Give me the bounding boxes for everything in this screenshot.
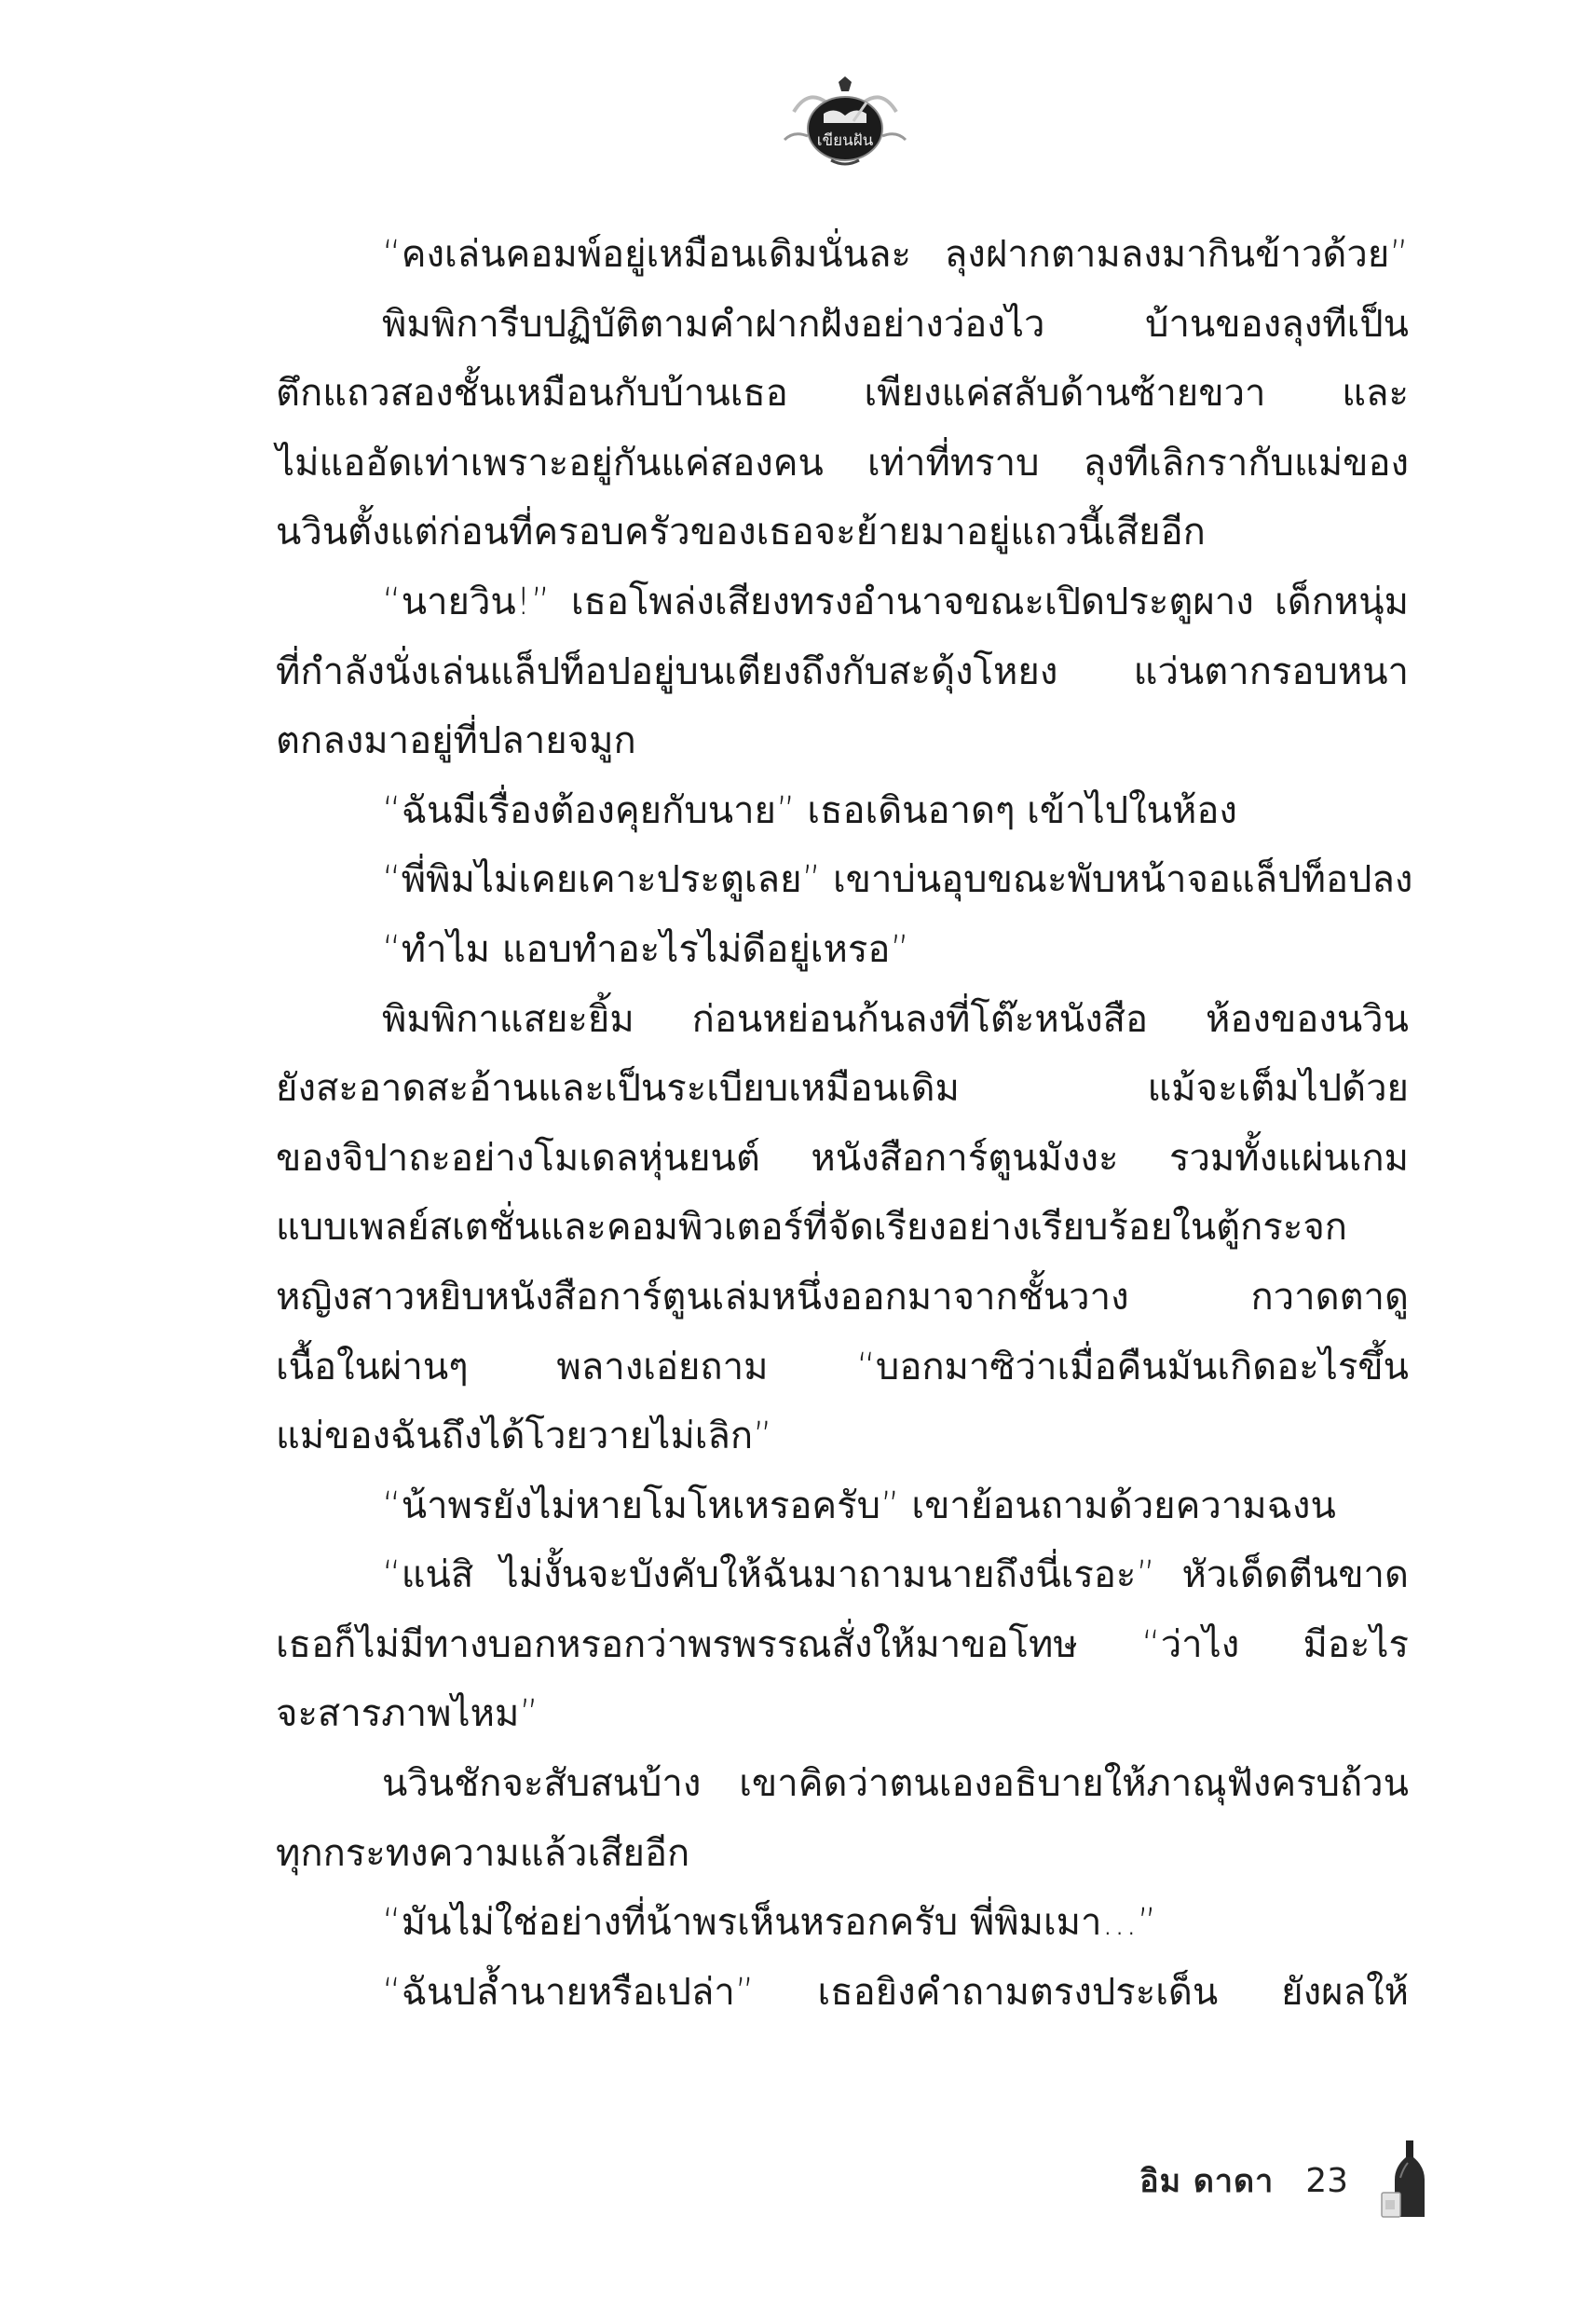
paragraph-line: ที่กำลังนั่งเล่นแล็ปท็อปอยู่บนเตียงถึงกั… bbox=[276, 637, 1409, 707]
page-footer: อิม ดาดา 23 bbox=[1139, 2143, 1428, 2218]
paragraph-first-line: “ฉันมีเรื่องต้องคุยกับนาย” เธอเดินอาดๆ เ… bbox=[276, 776, 1409, 846]
paragraph-first-line: นวินชักจะสับสนบ้าง เขาคิดว่าตนเองอธิบายใ… bbox=[276, 1749, 1409, 1819]
logo-text: เขียนฝัน bbox=[817, 131, 874, 150]
whisky-bottle-and-glass-icon bbox=[1380, 2140, 1428, 2221]
paragraph-line: นวินตั้งแต่ก่อนที่ครอบครัวของเธอจะย้ายมา… bbox=[276, 498, 1409, 567]
paragraph-line: ตึกแถวสองชั้นเหมือนกับบ้านเธอ เพียงแค่สล… bbox=[276, 359, 1409, 429]
paragraph-line: เนื้อในผ่านๆ พลางเอ่ยถาม “บอกมาซิว่าเมื่… bbox=[276, 1333, 1409, 1402]
open-book-quill-crest-icon: เขียนฝัน bbox=[775, 75, 915, 168]
paragraph-line: ทุกกระทงความแล้วเสียอีก bbox=[276, 1819, 1409, 1889]
paragraph-line: จะสารภาพไหม” bbox=[276, 1679, 1409, 1749]
paragraph-first-line: พิมพิกาแสยะยิ้ม ก่อนหย่อนก้นลงที่โต๊ะหนั… bbox=[276, 985, 1409, 1055]
paragraph-line: ของจิปาถะอย่างโมเดลหุ่นยนต์ หนังสือการ์ต… bbox=[276, 1124, 1409, 1194]
paragraph-first-line: “มันไม่ใช่อย่างที่น้าพรเห็นหรอกครับ พี่พ… bbox=[276, 1888, 1409, 1958]
paragraph-first-line: “แน่สิ ไม่งั้นจะบังคับให้ฉันมาถามนายถึงน… bbox=[276, 1540, 1409, 1610]
book-page-text: “คงเล่นคอมพ์อยู่เหมือนเดิมนั่นละ ลุงฝากต… bbox=[276, 220, 1409, 2027]
paragraph-line: ไม่แออัดเท่าเพราะอยู่กันแค่สองคน เท่าที่… bbox=[276, 429, 1409, 499]
paragraph-first-line: “ทำไม แอบทำอะไรไม่ดีอยู่เหรอ” bbox=[276, 915, 1409, 985]
paragraph-line: ตกลงมาอยู่ที่ปลายจมูก bbox=[276, 706, 1409, 776]
publisher-logo: เขียนฝัน bbox=[775, 75, 915, 168]
paragraph-first-line: พิมพิการีบปฏิบัติตามคำฝากฝังอย่างว่องไว … bbox=[276, 290, 1409, 360]
paragraph-line: หญิงสาวหยิบหนังสือการ์ตูนเล่มหนึ่งออกมาจ… bbox=[276, 1263, 1409, 1333]
paragraph-first-line: “น้าพรยังไม่หายโมโหเหรอครับ” เขาย้อนถามด… bbox=[276, 1471, 1409, 1541]
paragraph-first-line: “คงเล่นคอมพ์อยู่เหมือนเดิมนั่นละ ลุงฝากต… bbox=[276, 220, 1409, 290]
paragraph-first-line: “พี่พิมไม่เคยเคาะประตูเลย” เขาบ่นอุบขณะพ… bbox=[276, 845, 1409, 915]
paragraph-line: ยังสะอาดสะอ้านและเป็นระเบียบเหมือนเดิม แ… bbox=[276, 1054, 1409, 1124]
paragraph-line: แบบเพลย์สเตชั่นและคอมพิวเตอร์ที่จัดเรียง… bbox=[276, 1193, 1409, 1263]
author-name: อิม ดาดา bbox=[1139, 2155, 1274, 2206]
page-number: 23 bbox=[1305, 2162, 1348, 2200]
paragraph-line: แม่ของฉันถึงได้โวยวายไม่เลิก” bbox=[276, 1402, 1409, 1471]
paragraph-first-line: “ฉันปล้ำนายหรือเปล่า” เธอยิงคำถามตรงประเ… bbox=[276, 1958, 1409, 2028]
paragraph-first-line: “นายวิน!” เธอโพล่งเสียงทรงอำนาจขณะเปิดปร… bbox=[276, 567, 1409, 637]
paragraph-line: เธอก็ไม่มีทางบอกหรอกว่าพรพรรณสั่งให้มาขอ… bbox=[276, 1610, 1409, 1680]
